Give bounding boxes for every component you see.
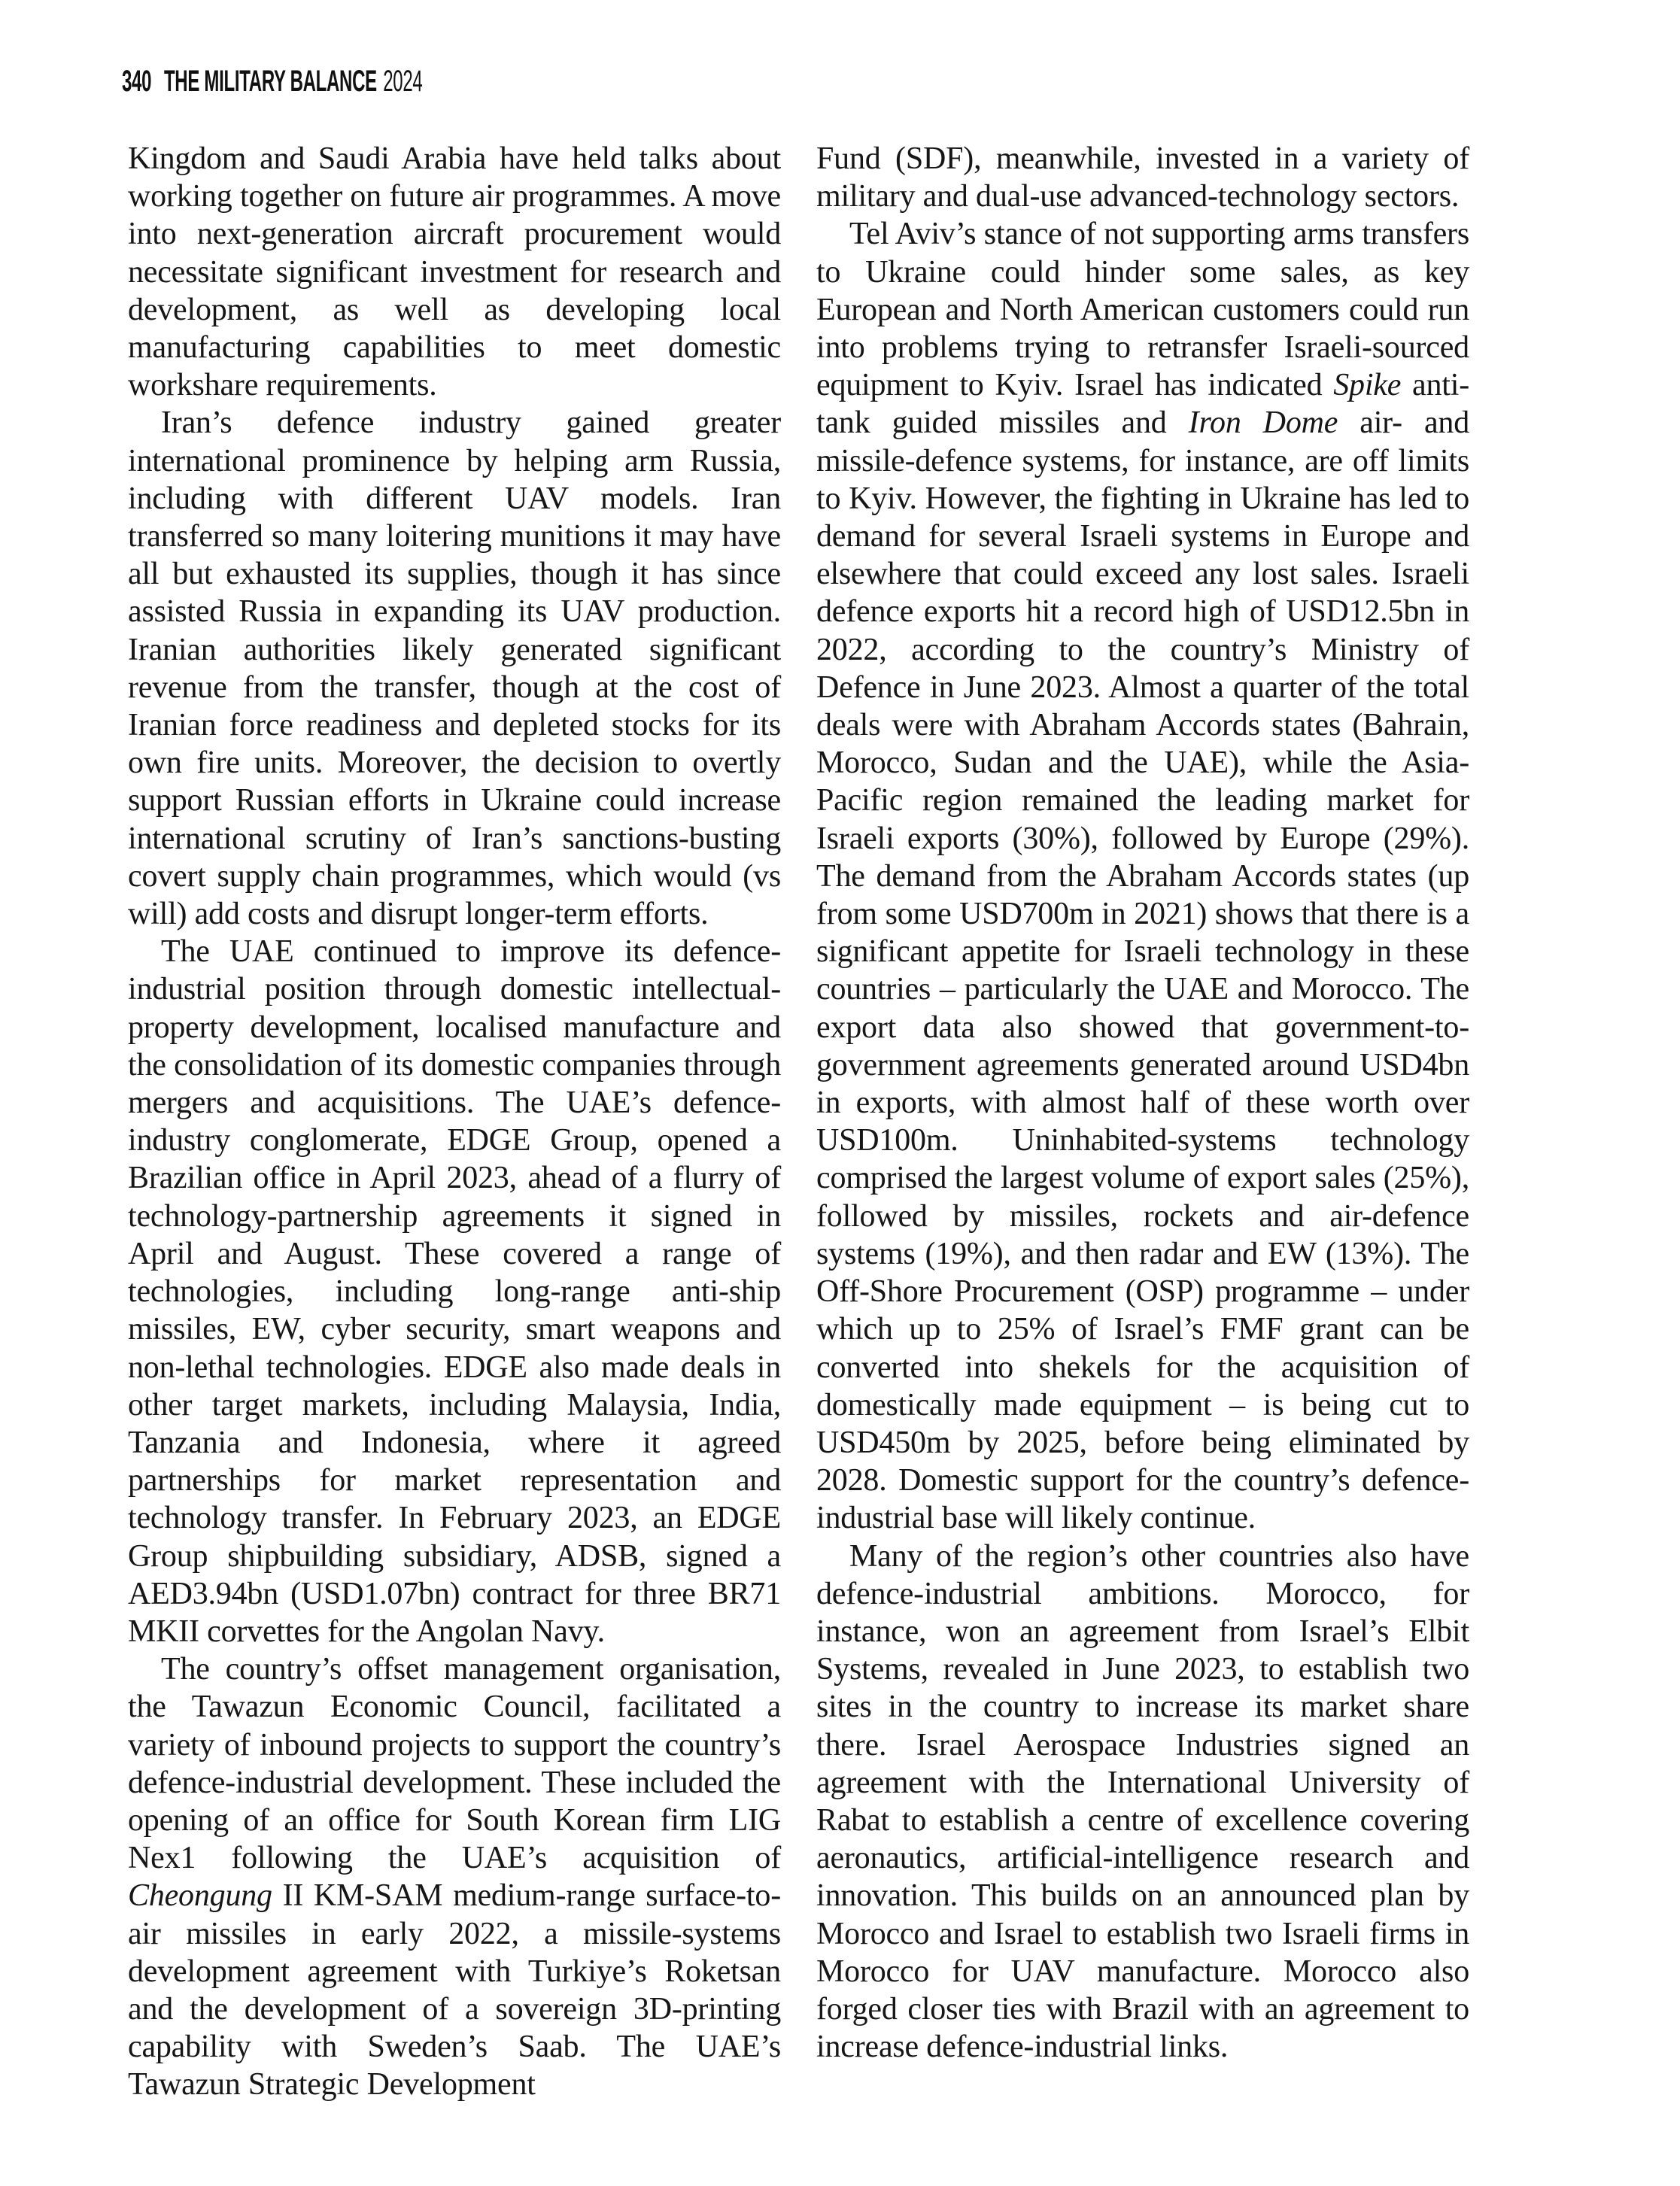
paragraph: Many of the region’s other countries als… — [816, 1538, 1469, 2066]
text-run: Iran’s defence industry gained greater i… — [128, 405, 781, 931]
paragraph: Iran’s defence industry gained greater i… — [128, 404, 781, 933]
book-title: THE MILITARY BALANCE — [164, 65, 377, 98]
edition-year: 2024 — [383, 65, 422, 98]
text-run: The country’s offset management organisa… — [128, 1652, 781, 1875]
paragraph: Fund (SDF), meanwhile, invested in a var… — [816, 140, 1469, 215]
text-run: Kingdom and Saudi Arabia have held talks… — [128, 141, 781, 402]
paragraph: Tel Aviv’s stance of not supporting arms… — [816, 215, 1469, 1537]
text-run: The UAE continued to improve its defence… — [128, 934, 781, 1649]
page-number: 340 — [122, 65, 151, 98]
paragraph: The UAE continued to improve its defence… — [128, 933, 781, 1650]
italic-text-run: Cheongung — [128, 1878, 272, 1913]
paragraph: The country’s offset management organisa… — [128, 1650, 781, 2103]
running-header: 340THE MILITARY BALANCE2024 — [122, 65, 422, 99]
paragraph: Kingdom and Saudi Arabia have held talks… — [128, 140, 781, 404]
right-text-column: Fund (SDF), meanwhile, invested in a var… — [816, 140, 1469, 2066]
italic-text-run: Spike — [1333, 368, 1401, 402]
italic-text-run: Iron Dome — [1189, 405, 1338, 440]
text-run: Many of the region’s other countries als… — [816, 1539, 1469, 2065]
text-run: Fund (SDF), meanwhile, invested in a var… — [816, 141, 1469, 214]
left-text-column: Kingdom and Saudi Arabia have held talks… — [128, 140, 781, 2104]
text-run: air- and missile-defence systems, for in… — [816, 405, 1469, 1535]
book-page: 340THE MILITARY BALANCE2024 Kingdom and … — [0, 0, 1680, 2186]
